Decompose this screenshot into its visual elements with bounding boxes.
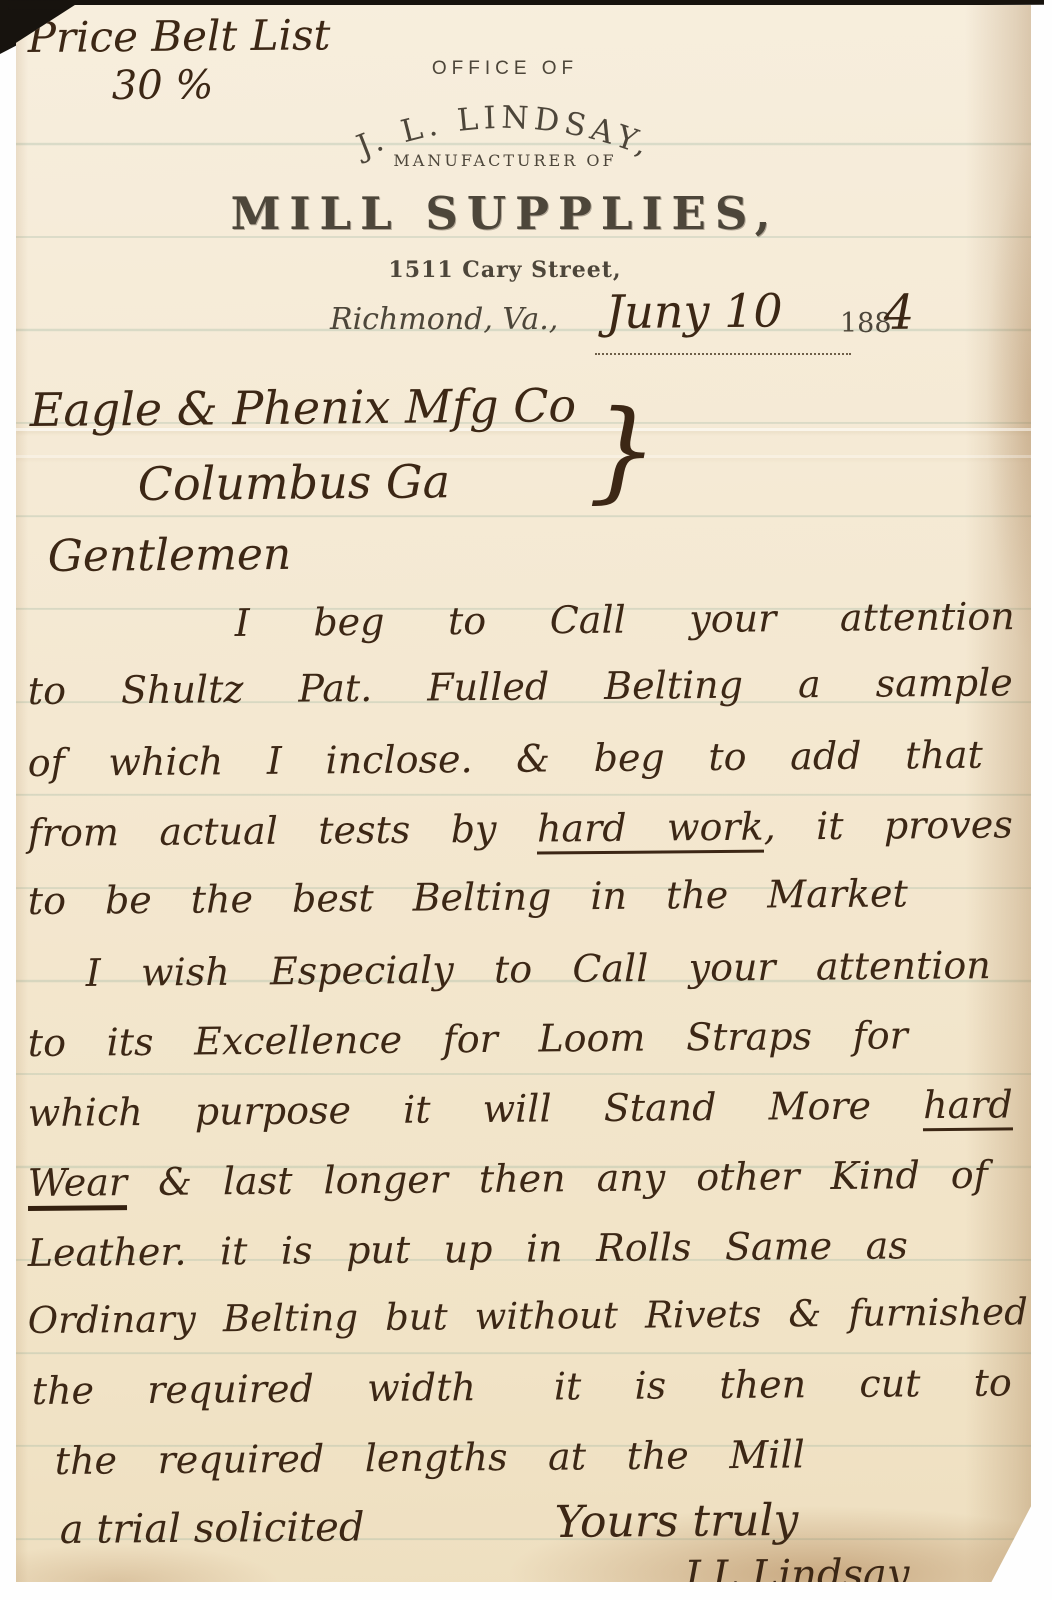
recipient-brace: }: [588, 395, 658, 505]
letter-paper: Price Belt List 30 % OFFICE OF J. L. LIN…: [16, 5, 1031, 1582]
body-line-9-underlined: Wear: [28, 1160, 128, 1211]
letterhead-street-address: 1511 Cary Street,: [355, 257, 655, 283]
body-line-10: Leather. it is put up in Rolls Same as: [28, 1223, 908, 1275]
dateline-city-printed: Richmond, Va.,: [330, 302, 558, 337]
body-line-13: the required lengths at the Mill: [55, 1432, 805, 1483]
letterhead-office-of: OFFICE OF: [355, 58, 655, 80]
body-line-12b: it is then cut to: [554, 1360, 1012, 1408]
handwritten-annotation-price: Price Belt List: [28, 10, 331, 62]
body-line-1: I beg to Call your attention: [235, 594, 1015, 645]
body-line-2: to Shultz Pat. Fulled Belting a sample: [28, 660, 1013, 713]
body-line-4a: from actual tests by: [28, 807, 497, 855]
body-line-12-gap: [476, 1399, 554, 1400]
body-line-6: I wish Especialy to Call your attention: [86, 943, 991, 995]
body-line-4-underlined: hard work: [537, 805, 764, 855]
body-line-8a: which purpose it will Stand More: [28, 1084, 872, 1135]
body-line-7: to its Excellence for Loom Straps for: [28, 1013, 908, 1065]
body-line-8-underlined: hard: [923, 1082, 1013, 1131]
body-line-12: the required widthit is then cut to: [32, 1360, 1012, 1413]
handwritten-annotation-discount: 30 %: [112, 62, 214, 109]
body-line-4c: , it proves: [763, 802, 1013, 848]
recipient-name: Eagle & Phenix Mfg Co: [30, 378, 577, 437]
body-line-9: Wear & last longer then any other Kind o…: [28, 1153, 988, 1205]
salutation: Gentlemen: [48, 529, 292, 582]
recipient-city: Columbus Ga: [138, 454, 451, 511]
letterhead-business-name: MILL SUPPLIES,: [205, 187, 805, 240]
letterhead-name-arc: J. L. LINDSAY,: [298, 81, 712, 199]
body-line-12a: the required width: [32, 1365, 476, 1413]
body-line-11: Ordinary Belting but without Rivets & fu…: [28, 1290, 1028, 1342]
closing-valediction: Yours truly: [555, 1495, 799, 1548]
dateline-handwritten-month-day: Juny 10: [606, 283, 783, 339]
dateline-handwritten-year-digit: 4: [884, 285, 915, 341]
body-line-5: to be the best Belting in the Market: [28, 871, 908, 923]
body-line-3: of which I inclose. & beg to add that: [28, 733, 983, 785]
letterhead-manufacturer-of: MANUFACTURER OF: [355, 151, 655, 170]
body-line-9b: & last longer then any other Kind of: [158, 1153, 988, 1204]
body-line-4: from actual tests by hard work, it prove…: [28, 802, 1013, 855]
body-line-8: which purpose it will Stand More hard: [28, 1082, 1013, 1135]
signature: J L Lindsay: [684, 1551, 910, 1599]
closing-trial: a trial solicited: [60, 1504, 365, 1553]
scanned-letter-page: Price Belt List 30 % OFFICE OF J. L. LIN…: [0, 0, 1052, 1600]
